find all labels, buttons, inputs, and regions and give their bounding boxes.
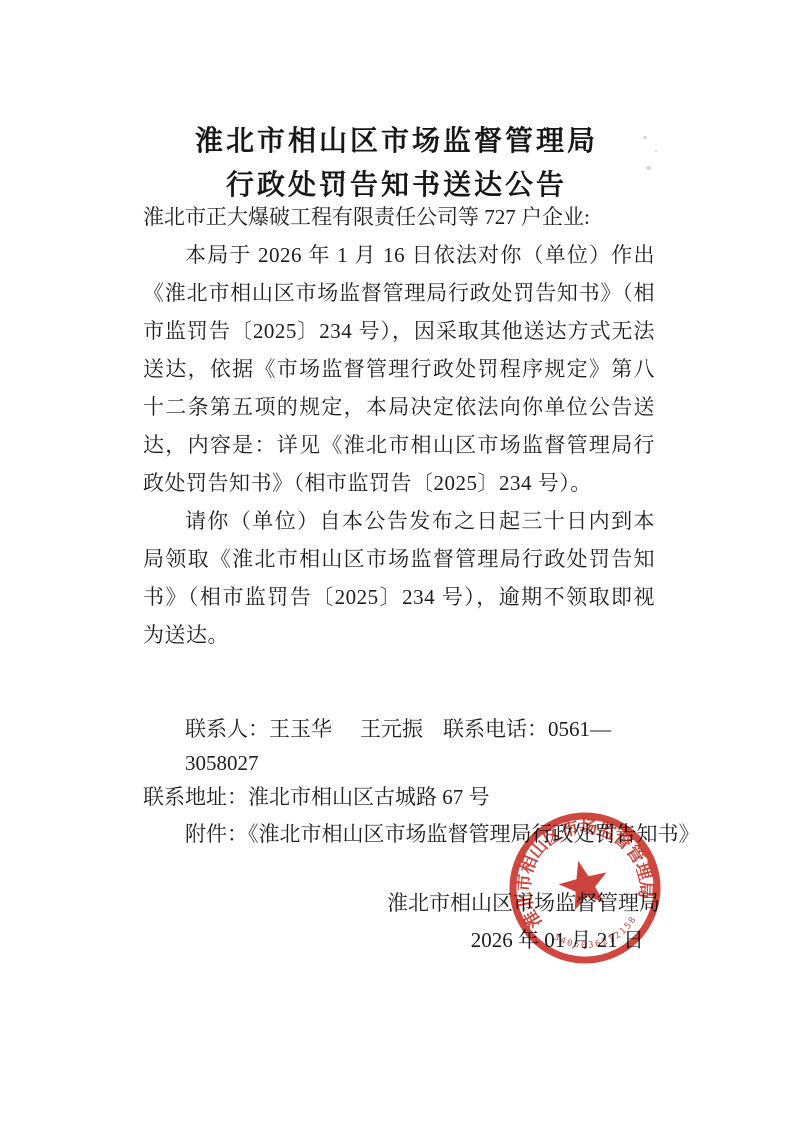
document-title: 淮北市相山区市场监督管理局 行政处罚告知书送达公告 [0, 120, 793, 208]
contact-phone-label: 联系电话： [443, 717, 548, 741]
seal-serial-number: 3406036212158 [550, 912, 645, 960]
contact-line-persons: 联系人：王玉华王元振联系电话：0561—3058027 [143, 712, 683, 780]
contact-person-2: 王元振 [360, 717, 423, 741]
scan-speck [646, 166, 651, 170]
scan-speck [655, 150, 657, 152]
contact-address-label: 联系地址： [143, 785, 248, 809]
body-paragraph-1: 本局于 2026 年 1 月 16 日依法对你（单位）作出《淮北市相山区市场监督… [143, 236, 655, 502]
body-paragraph-2: 请你（单位）自本公告发布之日起三十日内到本局领取《淮北市相山区市场监督管理局行政… [143, 502, 655, 654]
salutation-line: 淮北市正大爆破工程有限责任公司等 727 户企业: [143, 202, 663, 232]
body-text: 本局于 2026 年 1 月 16 日依法对你（单位）作出《淮北市相山区市场监督… [143, 236, 655, 654]
notice-document-page: 淮北市相山区市场监督管理局 行政处罚告知书送达公告 淮北市正大爆破工程有限责任公… [0, 0, 793, 1121]
title-line-1: 淮北市相山区市场监督管理局 [0, 120, 793, 164]
contact-person-label: 联系人： [185, 717, 269, 741]
scan-speck [643, 136, 647, 139]
contact-address-value: 淮北市相山区古城路 67 号 [248, 785, 490, 809]
contact-person-1: 王玉华 [269, 717, 332, 741]
seal-star-icon [554, 855, 613, 913]
